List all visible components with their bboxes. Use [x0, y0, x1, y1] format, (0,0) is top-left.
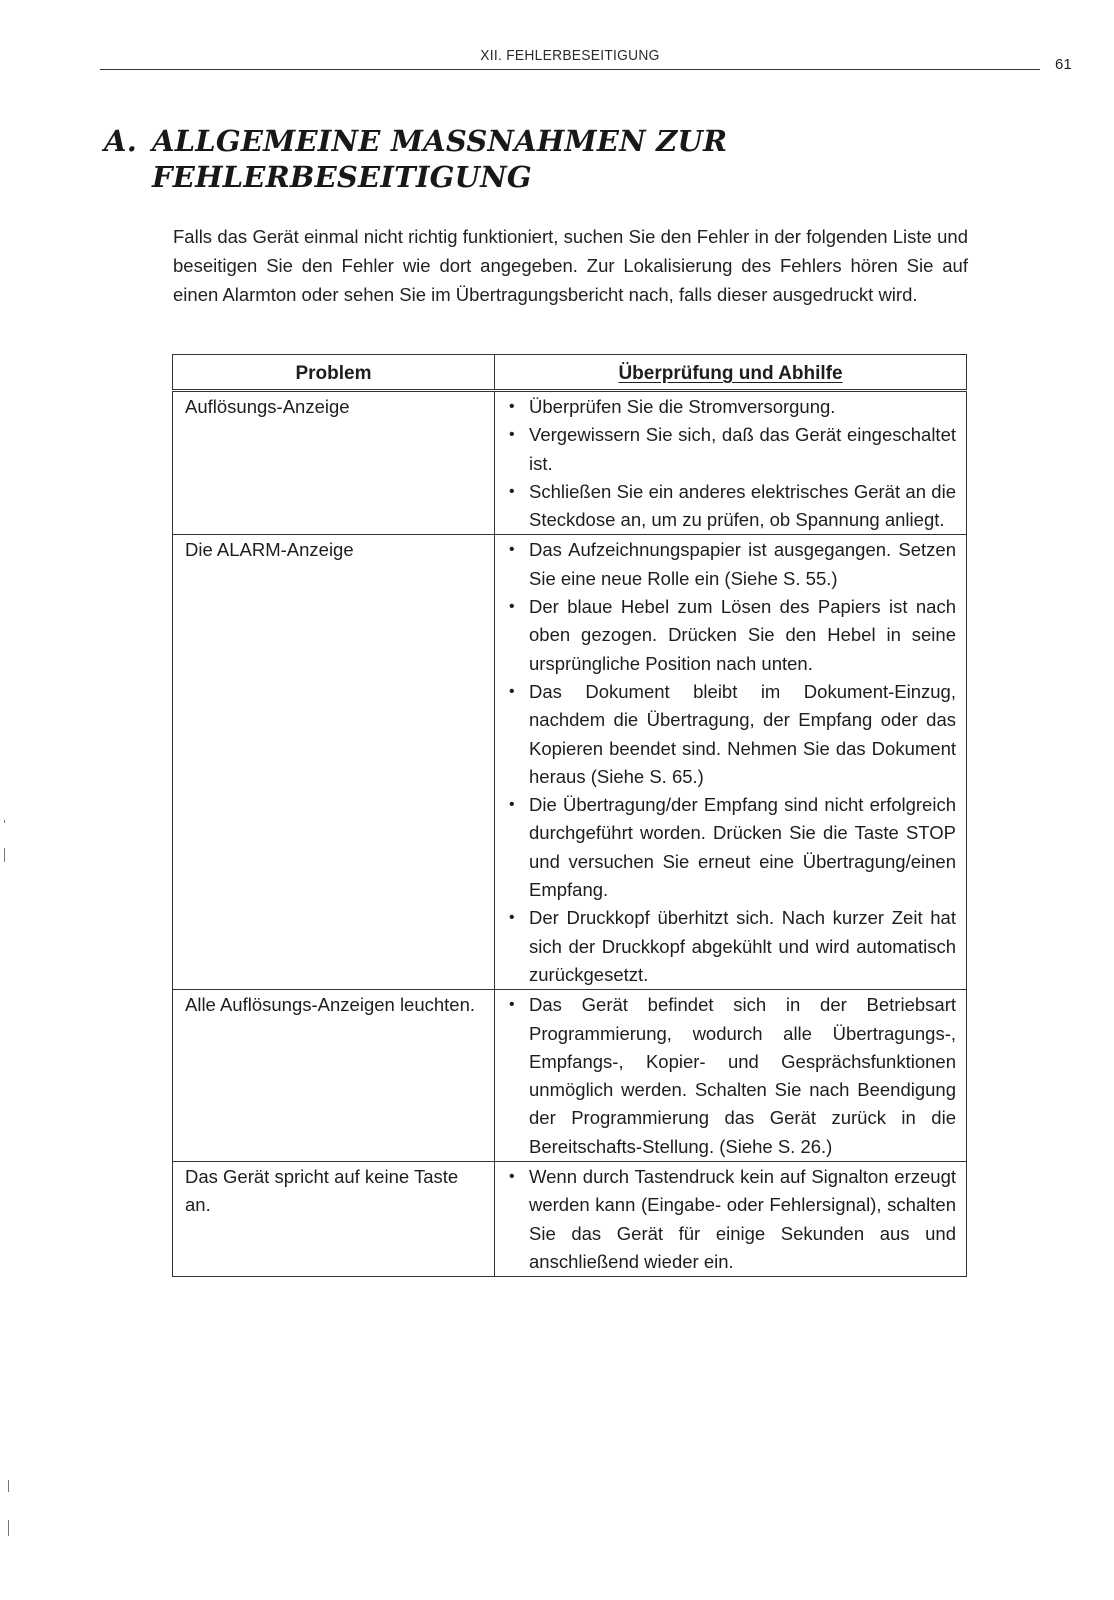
remedy-list: •Überprüfen Sie die Stromversorgung.•Ver…	[507, 393, 956, 534]
list-item: •Das Dokument bleibt im Dokument-Einzug,…	[507, 678, 956, 791]
column-header-problem: Problem	[173, 355, 495, 391]
bullet-icon: •	[509, 393, 515, 421]
chapter-title-line-1: ALLGEMEINE MASSNAHMEN ZUR	[152, 124, 727, 158]
problem-cell: Die ALARM-Anzeige	[173, 535, 495, 990]
table-row: Das Gerät spricht auf keine Taste an.•We…	[173, 1162, 967, 1277]
list-item: •Das Gerät befindet sich in der Betriebs…	[507, 991, 956, 1161]
list-item: •Die Übertragung/der Empfang sind nicht …	[507, 791, 956, 904]
problem-cell: Alle Auflösungs-Anzeigen leuchten.	[173, 990, 495, 1162]
list-item: •Vergewissern Sie sich, daß das Gerät ei…	[507, 421, 956, 478]
table-row: Die ALARM-Anzeige•Das Aufzeichnungspapie…	[173, 535, 967, 990]
list-item: •Überprüfen Sie die Stromversorgung.	[507, 393, 956, 421]
table-body: Auflösungs-Anzeige•Überprüfen Sie die St…	[173, 391, 967, 1277]
list-item: •Wenn durch Tastendruck kein auf Signalt…	[507, 1163, 956, 1276]
chapter-letter: A.	[104, 123, 152, 159]
remedy-text: Die Übertragung/der Empfang sind nicht e…	[529, 794, 956, 900]
page-number: 61	[1055, 56, 1072, 73]
remedy-list: •Wenn durch Tastendruck kein auf Signalt…	[507, 1163, 956, 1276]
bullet-icon: •	[509, 991, 515, 1019]
remedy-text: Wenn durch Tastendruck kein auf Signalto…	[529, 1166, 956, 1272]
remedy-cell: •Das Aufzeichnungspapier ist ausgegangen…	[495, 535, 967, 990]
remedy-text: Der Druckkopf überhitzt sich. Nach kurze…	[529, 907, 956, 985]
table-row: Auflösungs-Anzeige•Überprüfen Sie die St…	[173, 391, 967, 535]
problem-cell: Auflösungs-Anzeige	[173, 391, 495, 535]
bullet-icon: •	[509, 421, 515, 449]
remedy-text: Das Aufzeichnungspapier ist ausgegangen.…	[529, 539, 956, 588]
bullet-icon: •	[509, 478, 515, 506]
header-rule	[100, 69, 1040, 70]
running-header: XII. FEHLERBESEITIGUNG	[100, 47, 1040, 73]
bullet-icon: •	[509, 593, 515, 621]
remedy-text: Das Gerät befindet sich in der Betriebsa…	[529, 994, 956, 1156]
remedy-list: •Das Aufzeichnungspapier ist ausgegangen…	[507, 536, 956, 989]
scan-edge-mark	[4, 848, 5, 862]
list-item: •Der blaue Hebel zum Lösen des Papiers i…	[507, 593, 956, 678]
remedy-text: Das Dokument bleibt im Dokument-Einzug, …	[529, 681, 956, 787]
bullet-icon: •	[509, 904, 515, 932]
table-header-row: Problem Überprüfung und Abhilfe	[173, 355, 967, 391]
remedy-text: Überprüfen Sie die Stromversorgung.	[529, 396, 835, 417]
remedy-text: Schließen Sie ein anderes elektrisches G…	[529, 481, 956, 530]
list-item: •Das Aufzeichnungspapier ist ausgegangen…	[507, 536, 956, 593]
intro-paragraph: Falls das Gerät einmal nicht richtig fun…	[173, 222, 968, 309]
scan-edge-mark	[8, 1480, 9, 1492]
chapter-title: A.ALLGEMEINE MASSNAHMEN ZUR FEHLERBESEIT…	[104, 123, 727, 195]
scan-edge-mark	[8, 1520, 9, 1536]
bullet-icon: •	[509, 536, 515, 564]
column-header-remedy: Überprüfung und Abhilfe	[495, 355, 967, 391]
bullet-icon: •	[509, 678, 515, 706]
remedy-text: Der blaue Hebel zum Lösen des Papiers is…	[529, 596, 956, 674]
remedy-cell: •Das Gerät befindet sich in der Betriebs…	[495, 990, 967, 1162]
bullet-icon: •	[509, 1163, 515, 1191]
remedy-cell: •Wenn durch Tastendruck kein auf Signalt…	[495, 1162, 967, 1277]
bullet-icon: •	[509, 791, 515, 819]
section-title: XII. FEHLERBESEITIGUNG	[138, 47, 1003, 64]
list-item: •Der Druckkopf überhitzt sich. Nach kurz…	[507, 904, 956, 989]
remedy-list: •Das Gerät befindet sich in der Betriebs…	[507, 991, 956, 1161]
problem-cell: Das Gerät spricht auf keine Taste an.	[173, 1162, 495, 1277]
remedy-cell: •Überprüfen Sie die Stromversorgung.•Ver…	[495, 391, 967, 535]
column-header-remedy-label: Überprüfung und Abhilfe	[618, 363, 842, 384]
chapter-title-line-2: FEHLERBESEITIGUNG	[104, 159, 727, 195]
remedy-text: Vergewissern Sie sich, daß das Gerät ein…	[529, 424, 956, 473]
list-item: •Schließen Sie ein anderes elektrisches …	[507, 478, 956, 535]
troubleshooting-table: Problem Überprüfung und Abhilfe Auflösun…	[172, 354, 967, 1277]
scan-edge-mark	[4, 820, 5, 823]
table-row: Alle Auflösungs-Anzeigen leuchten.•Das G…	[173, 990, 967, 1162]
